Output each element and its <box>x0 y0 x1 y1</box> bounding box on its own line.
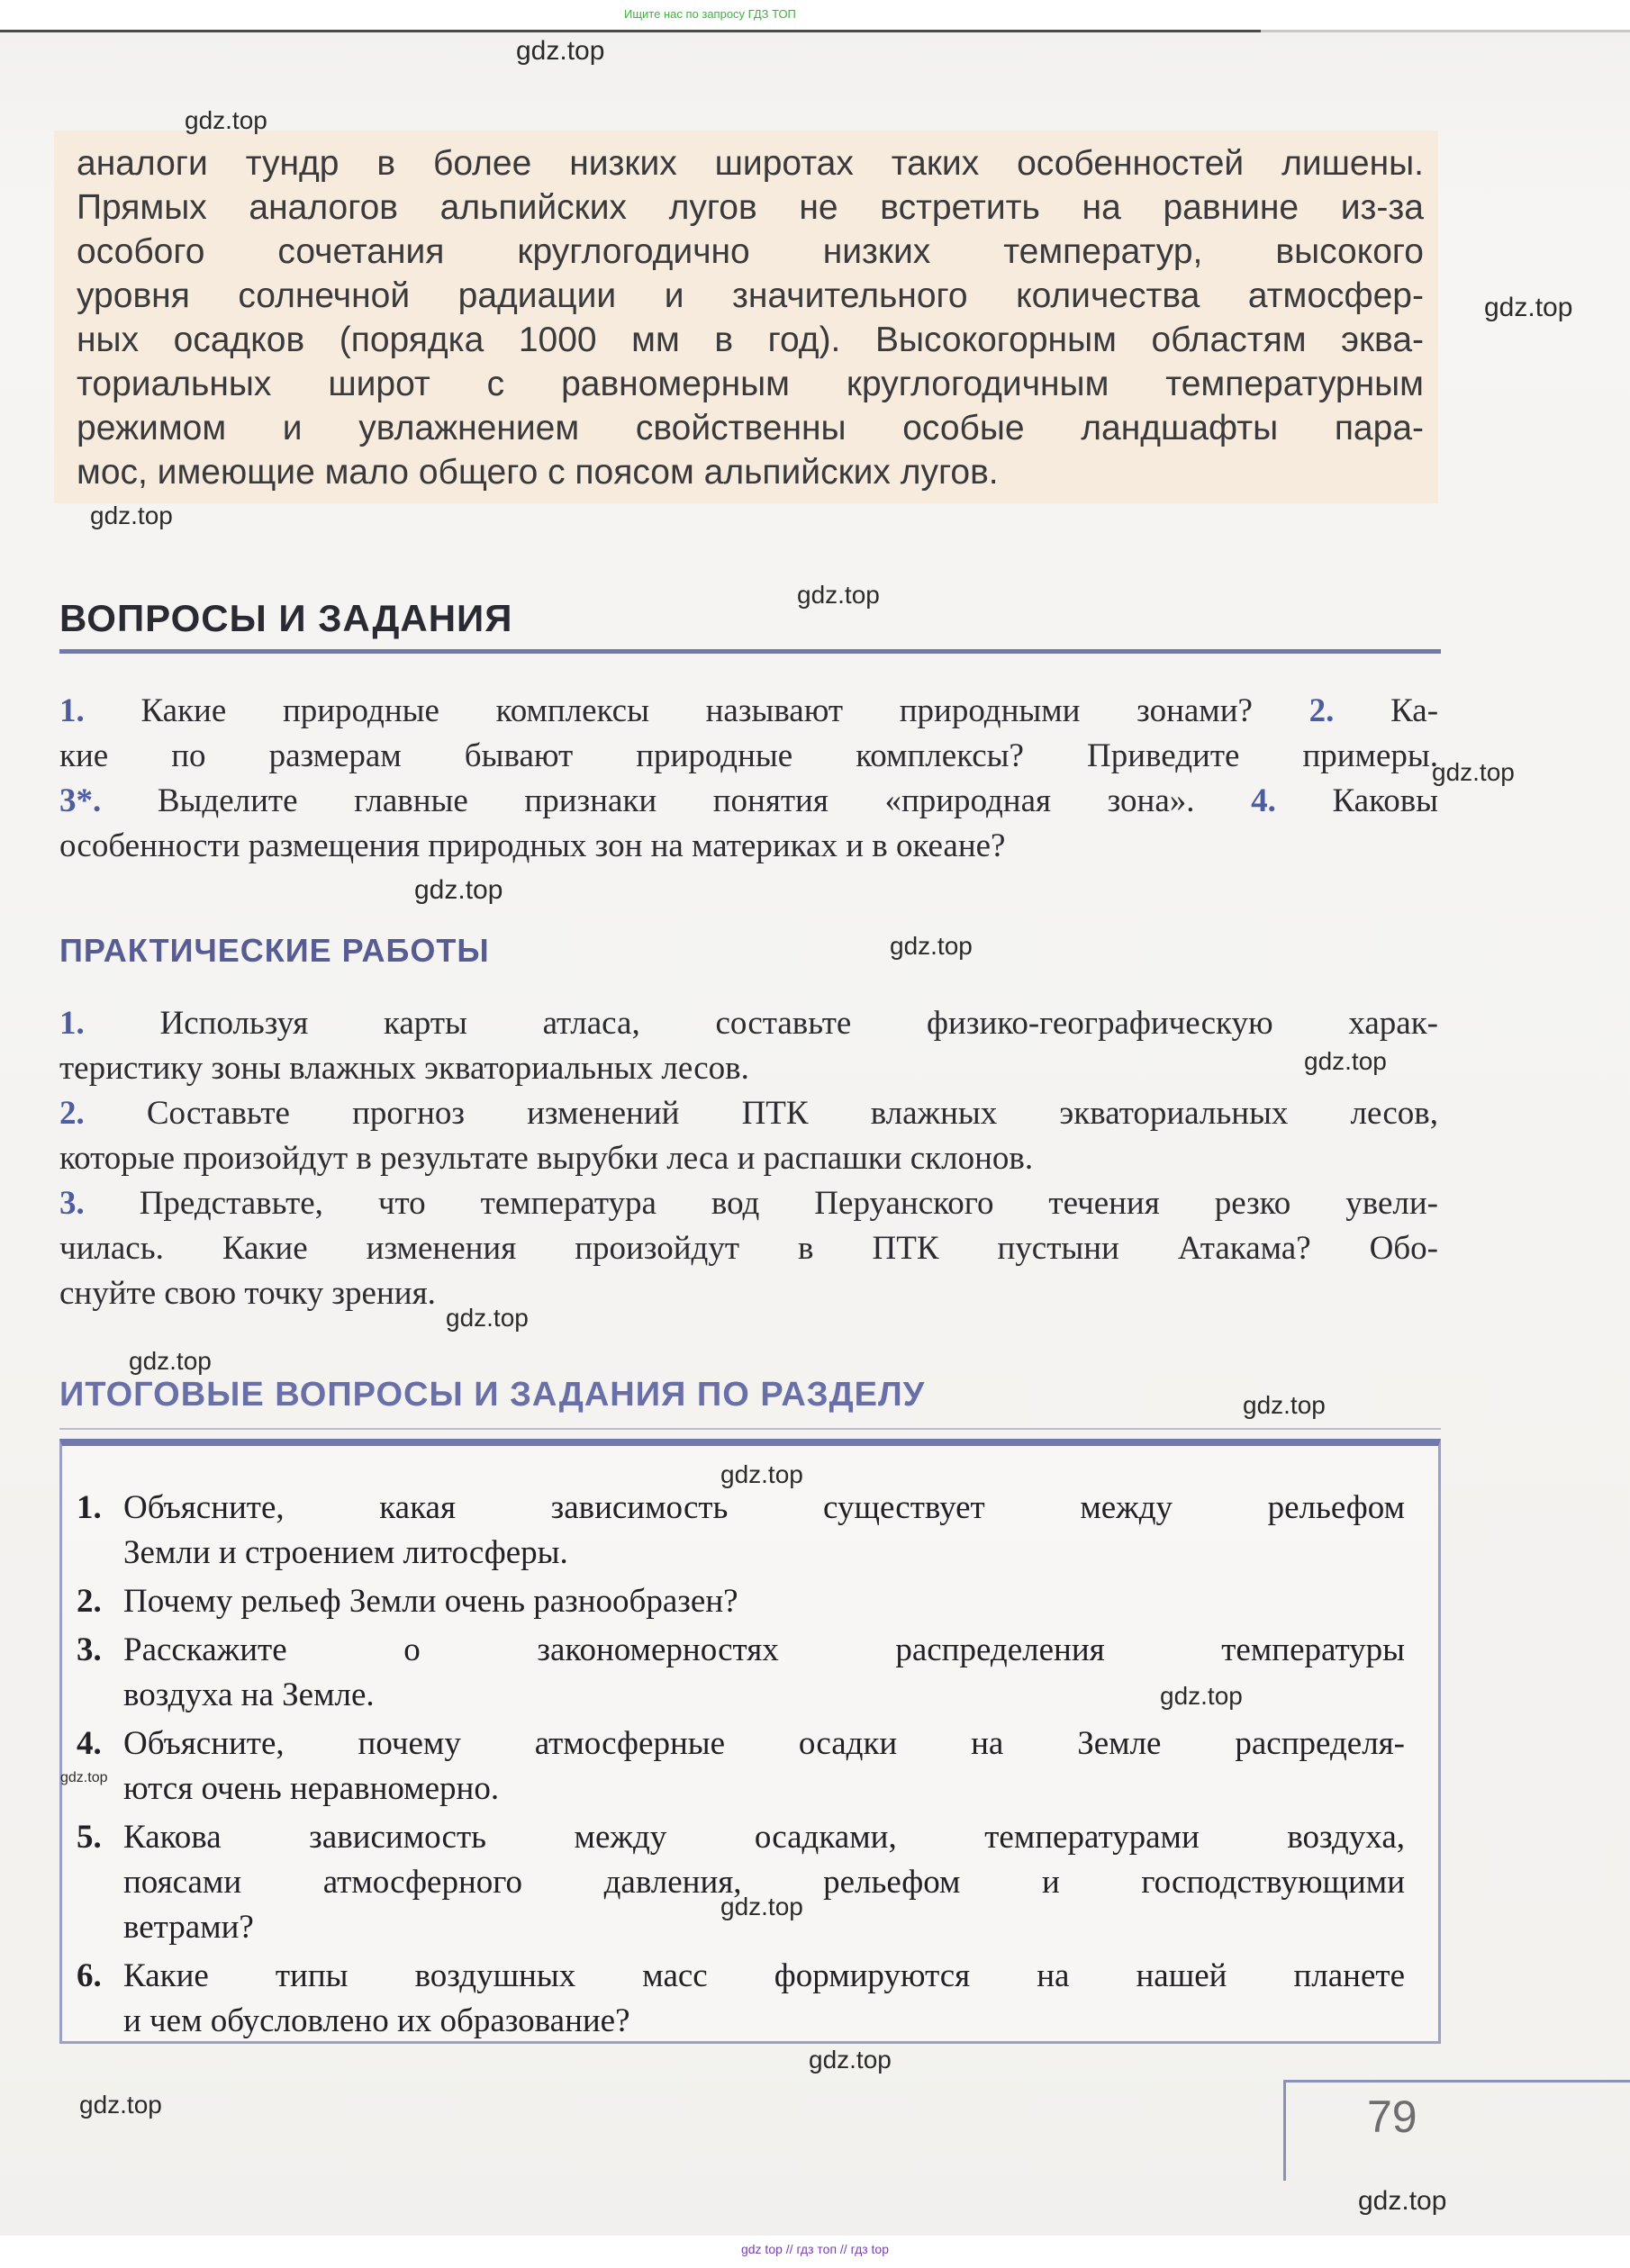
question-number: 1. <box>59 1005 160 1042</box>
text-run: Ка- <box>1390 692 1438 729</box>
text-line: которые произойдут в результате вырубки … <box>59 1136 1438 1181</box>
watermark-text: gdz.top <box>90 501 173 530</box>
text-run: теристику зоны влажных экваториальных ле… <box>59 1050 749 1087</box>
text-run: Земли и строением литосферы. <box>123 1534 568 1571</box>
final-question-item: 1.Объясните, какая зависимость существуе… <box>77 1486 1405 1576</box>
text-run: Каковы <box>1332 782 1438 819</box>
text-run: Какие типы воздушных масс формируются на… <box>123 1957 1405 1994</box>
questions-text: 1. Какие природные комплексы называют пр… <box>59 689 1438 869</box>
text-run: кие по размерам бывают природные комплек… <box>59 737 1438 774</box>
page-number: 79 <box>1367 2091 1417 2143</box>
question-number: 1. <box>77 1486 123 1531</box>
text-run: Объясните, какая зависимость существует … <box>123 1489 1405 1526</box>
question-number: 1. <box>59 692 140 729</box>
question-number: 2. <box>1309 692 1390 729</box>
text-line: 2. Составьте прогноз изменений ПТК влажн… <box>59 1091 1438 1136</box>
text-run: ветрами? <box>123 1909 254 1946</box>
text-run: Расскажите о закономерностях распределен… <box>123 1631 1405 1668</box>
watermark-text: gdz.top <box>720 1460 803 1489</box>
watermark-text: gdz.top <box>414 875 503 906</box>
text-line: чилась. Какие изменения произойдут в ПТК… <box>59 1226 1438 1271</box>
question-number: 3. <box>59 1185 140 1222</box>
question-number: 2. <box>59 1095 147 1132</box>
page-number-border-left <box>1283 2080 1286 2181</box>
text-run: особого сочетания круглогодично низких т… <box>77 232 1424 271</box>
text-run: аналоги тундр в более низких широтах так… <box>77 144 1424 183</box>
text-run: и чем обусловлено их образование? <box>123 2002 630 2039</box>
final-question-item: 2.Почему рельеф Земли очень разнообразен… <box>77 1579 1405 1624</box>
section-title-practical: ПРАКТИЧЕСКИЕ РАБОТЫ <box>59 935 490 967</box>
question-number: 2. <box>77 1579 123 1624</box>
text-line: 1.Объясните, какая зависимость существуе… <box>77 1486 1405 1531</box>
text-run: Какие природные комплексы называют приро… <box>140 692 1309 729</box>
text-line: ториальных широт с равномерным круглогод… <box>77 362 1424 406</box>
watermark-text: gdz.top <box>720 1893 803 1921</box>
text-line: 5.Какова зависимость между осадками, тем… <box>77 1815 1405 1860</box>
watermark-text: gdz.top <box>1432 758 1515 787</box>
text-line: 1. Какие природные комплексы называют пр… <box>59 689 1438 734</box>
question-number: 3*. <box>59 782 158 819</box>
text-run: Используя карты атласа, составьте физико… <box>160 1005 1439 1042</box>
question-number: 6. <box>77 1954 123 1999</box>
question-number: 4. <box>77 1721 123 1767</box>
watermark-text: gdz.top <box>1484 293 1572 323</box>
question-number: 4. <box>1251 782 1332 819</box>
text-line: 3*. Выделите главные признаки понятия «п… <box>59 779 1438 824</box>
text-run: снуйте свою точку зрения. <box>59 1275 436 1312</box>
text-run: Выделите главные признаки понятия «приро… <box>158 782 1251 819</box>
screenshot-stage: Ищите нас по запросу ГДЗ ТОП аналоги тун… <box>0 0 1630 2268</box>
text-line: ных осадков (порядка 1000 мм в год). Выс… <box>77 318 1424 362</box>
watermark-text: gdz.top <box>446 1304 529 1333</box>
page-top-edge <box>0 30 1261 32</box>
text-line: мос, имеющие мало общего с поясом альпий… <box>77 450 1424 494</box>
watermark-text: gdz.top <box>1160 1682 1243 1711</box>
text-line: Земли и строением литосферы. <box>77 1531 1405 1576</box>
text-line: кие по размерам бывают природные комплек… <box>59 734 1438 779</box>
text-run: чилась. Какие изменения произойдут в ПТК… <box>59 1230 1438 1267</box>
watermark-text: gdz.top <box>60 1770 107 1786</box>
watermark-text: gdz.top <box>185 106 267 135</box>
watermark-text: gdz.top <box>1304 1047 1387 1076</box>
text-line: режимом и увлажнением свойственны особые… <box>77 406 1424 450</box>
text-line: особого сочетания круглогодично низких т… <box>77 230 1424 274</box>
text-line: Прямых аналогов альпийских лугов не встр… <box>77 185 1424 230</box>
highlighted-paragraph: аналоги тундр в более низких широтах так… <box>54 131 1438 503</box>
text-run: Прямых аналогов альпийских лугов не встр… <box>77 188 1424 227</box>
final-question-item: 6.Какие типы воздушных масс формируются … <box>77 1954 1405 2044</box>
text-run: уровня солнечной радиации и значительног… <box>77 276 1424 315</box>
section-rule-thin <box>59 1428 1441 1430</box>
text-line: 2.Почему рельеф Земли очень разнообразен… <box>77 1579 1405 1624</box>
watermark-text: gdz.top <box>1358 2186 1446 2217</box>
text-line: особенности размещения природных зон на … <box>59 824 1438 869</box>
final-question-item: 4.Объясните, почему атмосферные осадки н… <box>77 1721 1405 1812</box>
text-run: воздуха на Земле. <box>123 1676 375 1713</box>
text-run: ториальных широт с равномерным круглогод… <box>77 365 1424 403</box>
text-line: 3. Представьте, что температура вод Перу… <box>59 1181 1438 1226</box>
text-line: и чем обусловлено их образование? <box>77 1999 1405 2044</box>
text-run: Составьте прогноз изменений ПТК влажных … <box>147 1095 1438 1132</box>
text-line: ются очень неравномерно. <box>77 1767 1405 1812</box>
text-run: которые произойдут в результате вырубки … <box>59 1140 1033 1177</box>
text-run: ются очень неравномерно. <box>123 1770 499 1807</box>
text-run: Какова зависимость между осадками, темпе… <box>123 1819 1405 1856</box>
text-run: мос, имеющие мало общего с поясом альпий… <box>77 453 999 492</box>
watermark-text: gdz.top <box>129 1347 212 1376</box>
final-question-item: 5.Какова зависимость между осадками, тем… <box>77 1815 1405 1950</box>
footer-text: gdz top // гдз топ // гдз top <box>0 2242 1630 2256</box>
text-line: 1. Используя карты атласа, составьте физ… <box>59 1001 1438 1046</box>
question-number: 5. <box>77 1815 123 1860</box>
promo-banner-text: Ищите нас по запросу ГДЗ ТОП <box>624 7 796 21</box>
text-line: аналоги тундр в более низких широтах так… <box>77 141 1424 185</box>
page-number-border-top <box>1283 2080 1630 2083</box>
text-line: 3.Расскажите о закономерностях распредел… <box>77 1628 1405 1673</box>
watermark-text: gdz.top <box>1243 1391 1326 1420</box>
text-run: Объясните, почему атмосферные осадки на … <box>123 1725 1405 1762</box>
text-run: Представьте, что температура вод Перуанс… <box>140 1185 1438 1222</box>
text-line: теристику зоны влажных экваториальных ле… <box>59 1046 1438 1091</box>
text-run: особенности размещения природных зон на … <box>59 827 1005 864</box>
page-top-edge-light <box>1261 30 1630 32</box>
section-title-questions: ВОПРОСЫ И ЗАДАНИЯ <box>59 600 512 637</box>
watermark-text: gdz.top <box>890 932 973 961</box>
section-rule <box>59 649 1441 654</box>
text-line: 4.Объясните, почему атмосферные осадки н… <box>77 1721 1405 1767</box>
watermark-text: gdz.top <box>809 2046 892 2074</box>
text-line: уровня солнечной радиации и значительног… <box>77 274 1424 318</box>
question-number: 3. <box>77 1628 123 1673</box>
watermark-text: gdz.top <box>79 2091 162 2119</box>
watermark-text: gdz.top <box>797 581 880 610</box>
practical-text: 1. Используя карты атласа, составьте физ… <box>59 1001 1438 1316</box>
section-title-final: ИТОГОВЫЕ ВОПРОСЫ И ЗАДАНИЯ ПО РАЗДЕЛУ <box>59 1378 925 1412</box>
text-run: режимом и увлажнением свойственны особые… <box>77 409 1424 447</box>
text-line: 6.Какие типы воздушных масс формируются … <box>77 1954 1405 1999</box>
text-run: Почему рельеф Земли очень разнообразен? <box>123 1583 738 1620</box>
final-questions-box: 1.Объясните, какая зависимость существуе… <box>59 1439 1441 2044</box>
text-line: снуйте свою точку зрения. <box>59 1271 1438 1316</box>
watermark-text: gdz.top <box>516 36 604 67</box>
text-run: ных осадков (порядка 1000 мм в год). Выс… <box>77 321 1424 359</box>
